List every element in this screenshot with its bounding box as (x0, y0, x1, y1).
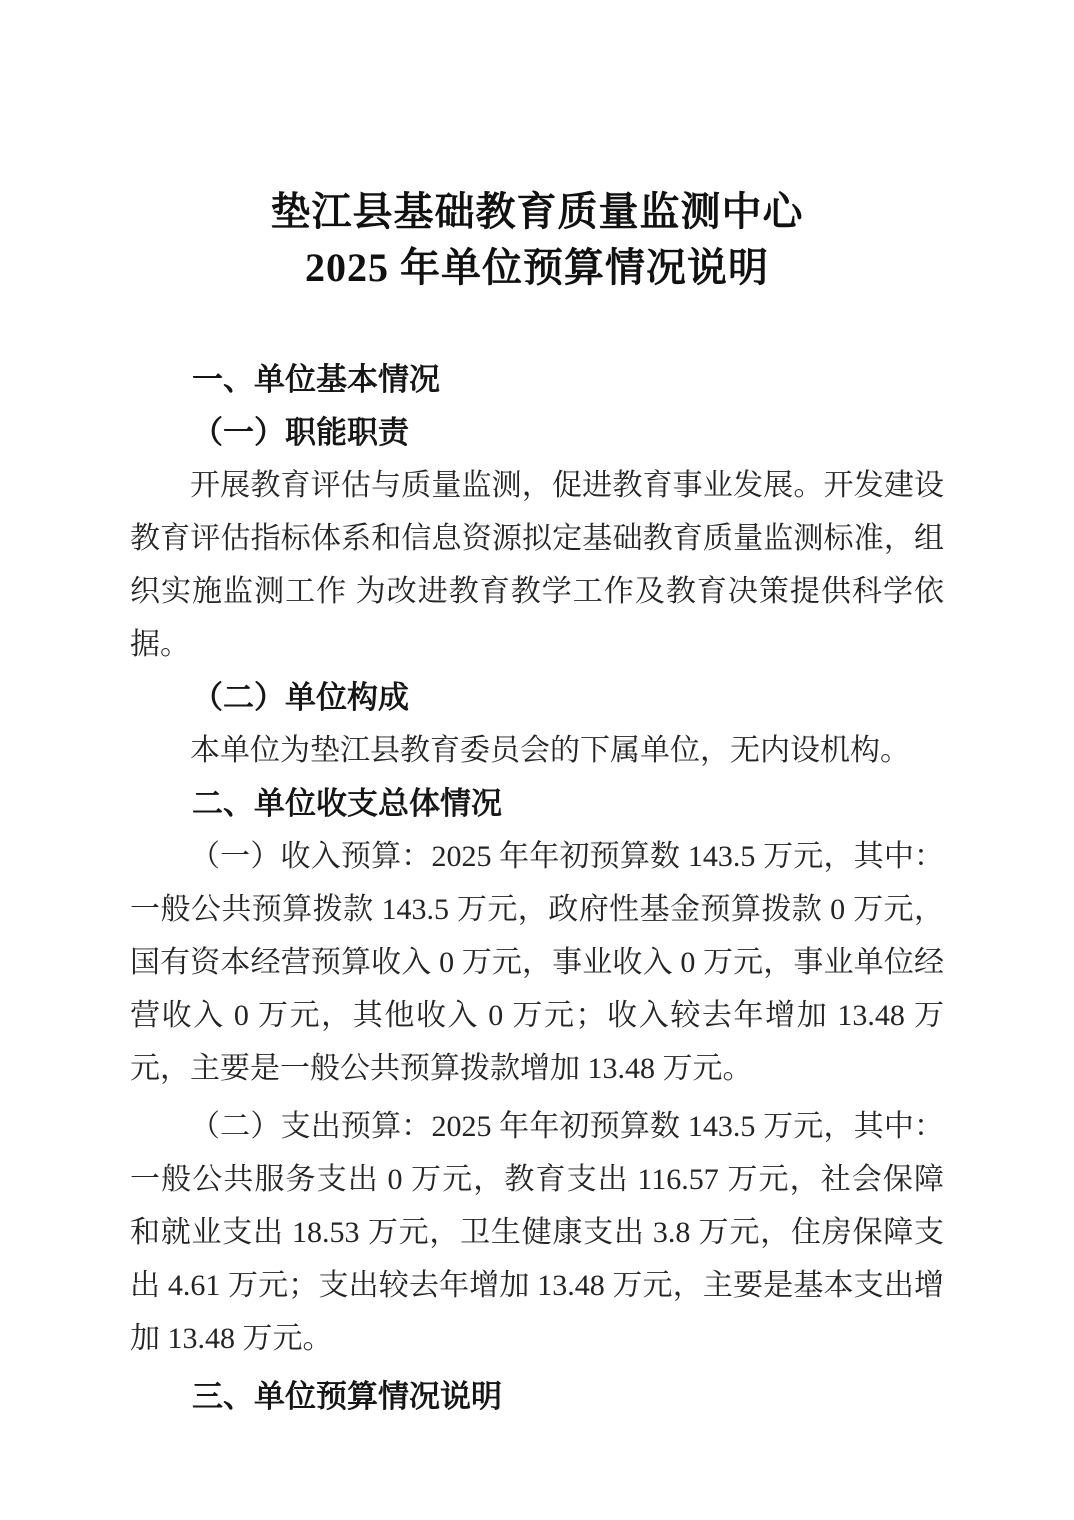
document-title-line1: 垫江县基础教育质量监测中心 (130, 184, 944, 240)
paragraph-duties: 开展教育评估与质量监测，促进教育事业发展。开发建设教育评估指标体系和信息资源拟定… (130, 459, 944, 671)
paragraph-income-budget: （一）收入预算：2025 年年初预算数 143.5 万元，其中：一般公共预算拨款… (130, 830, 944, 1095)
paragraph-unit-composition: 本单位为垫江县教育委员会的下属单位，无内设机构。 (130, 724, 944, 777)
subheading-duties: （一）职能职责 (130, 406, 944, 459)
heading-revenue-expenditure-overview: 二、单位收支总体情况 (130, 777, 944, 830)
heading-budget-notes: 三、单位预算情况说明 (130, 1370, 944, 1423)
heading-unit-basic-info: 一、单位基本情况 (130, 353, 944, 406)
document-title: 垫江县基础教育质量监测中心 2025 年单位预算情况说明 (130, 184, 944, 296)
document-title-line2: 2025 年单位预算情况说明 (130, 240, 944, 296)
subheading-unit-composition: （二）单位构成 (130, 671, 944, 724)
document-page: 垫江县基础教育质量监测中心 2025 年单位预算情况说明 一、单位基本情况 （一… (0, 0, 1074, 1520)
paragraph-expenditure-budget: （二）支出预算：2025 年年初预算数 143.5 万元，其中：一般公共服务支出… (130, 1100, 944, 1365)
